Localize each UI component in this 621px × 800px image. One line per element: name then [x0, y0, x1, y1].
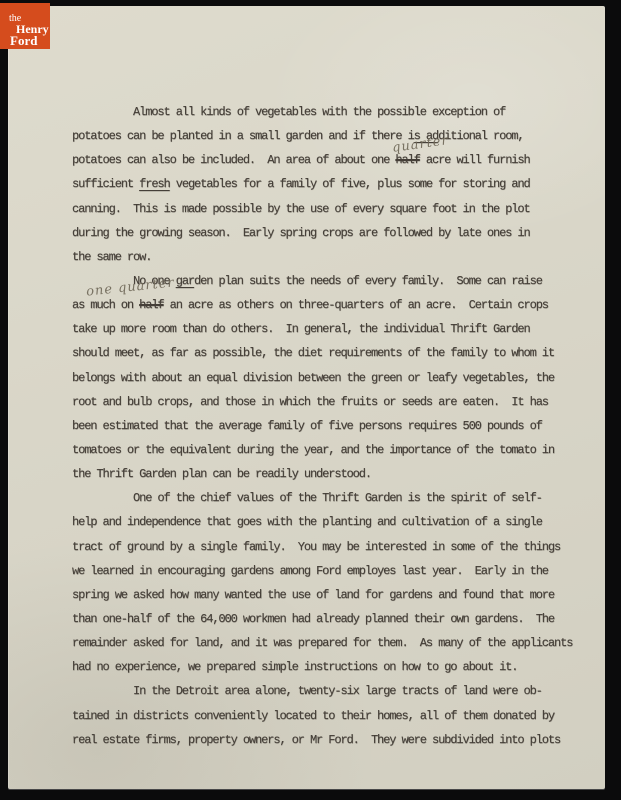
typed-text-segment: fresh	[139, 177, 170, 191]
typed-text-segment: No one	[133, 274, 176, 288]
text-line: sufficient fresh vegetables for a family…	[72, 172, 582, 196]
typed-text-segment: vegetables for a family of five, plus so…	[170, 177, 530, 191]
typed-text-segment: canning. This is made possible by the us…	[72, 202, 530, 216]
typed-text-segment: an acre as others on three-quarters of a…	[164, 298, 548, 312]
typed-text-segment: den plan suits the needs of every family…	[194, 274, 542, 288]
typed-text-segment: potatoes can also be included. An area o…	[72, 153, 395, 167]
text-line: belongs with about an equal division bet…	[72, 366, 582, 390]
typed-text-segment: as much on	[72, 298, 139, 312]
typed-text-segment: gar	[176, 274, 194, 288]
typed-text-segment: s ad	[414, 129, 438, 143]
typed-text-segment: remainder asked for land, and it was pre…	[72, 636, 572, 650]
text-line: No one garden plan suits the needs of ev…	[72, 269, 582, 293]
typed-text-segment: help and independence that goes with the…	[72, 515, 542, 529]
text-line: tomatoes or the equivalent during the ye…	[72, 438, 582, 462]
text-line: been estimated that the average family o…	[72, 414, 582, 438]
text-line: spring we asked how many wanted the use …	[72, 583, 582, 607]
text-line: tained in districts conveniently located…	[72, 704, 582, 728]
typed-text-segment: been estimated that the average family o…	[72, 419, 542, 433]
text-line: In the Detroit area alone, twenty-six la…	[72, 679, 582, 703]
text-line: take up more room than do others. In gen…	[72, 317, 582, 341]
text-line: should meet, as far as possible, the die…	[72, 341, 582, 365]
text-line: as much on half an acre as others on thr…	[72, 293, 582, 317]
text-line: the same row.	[72, 245, 582, 269]
text-line: Almost all kinds of vegetables with the …	[72, 100, 582, 124]
typed-text-segment: One of the chief values of the Thrift Ga…	[133, 491, 542, 505]
typed-text-segment: tained in districts conveniently located…	[72, 709, 554, 723]
text-line: canning. This is made possible by the us…	[72, 197, 582, 221]
text-line: potatoes can be planted in a small garde…	[72, 124, 582, 148]
text-line: we learned in encouraging gardens among …	[72, 559, 582, 583]
text-line: One of the chief values of the Thrift Ga…	[72, 486, 582, 510]
typed-text-segment: acre will furnish	[420, 153, 530, 167]
text-line: help and independence that goes with the…	[72, 510, 582, 534]
typed-text-segment: ditional room,	[438, 129, 523, 143]
typed-text-segment: should meet, as far as possible, the die…	[72, 346, 554, 360]
text-line: than one-half of the 64,000 workmen had …	[72, 607, 582, 631]
text-line: real estate firms, property owners, or M…	[72, 728, 582, 752]
text-line: tract of ground by a single family. You …	[72, 535, 582, 559]
typed-text-segment: Almost all kinds of vegetables with the …	[133, 105, 505, 119]
typed-text-segment: than one-half of the 64,000 workmen had …	[72, 612, 554, 626]
typed-text-segment: spring we asked how many wanted the use …	[72, 588, 554, 602]
document-text: Almost all kinds of vegetables with the …	[72, 100, 582, 752]
typed-text-segment: root and bulb crops, and those in which …	[72, 395, 548, 409]
text-line: the Thrift Garden plan can be readily un…	[72, 462, 582, 486]
typed-text-segment: In the Detroit area alone, twenty-six la…	[133, 684, 542, 698]
text-line: remainder asked for land, and it was pre…	[72, 631, 582, 655]
typed-text-segment: the same row.	[72, 250, 151, 264]
text-line: root and bulb crops, and those in which …	[72, 390, 582, 414]
typed-text-segment: tomatoes or the equivalent during the ye…	[72, 443, 554, 457]
logo-text-ford: Ford	[10, 33, 37, 49]
typed-text-segment: sufficient	[72, 177, 139, 191]
text-line: potatoes can also be included. An area o…	[72, 148, 582, 172]
typed-text-segment: real estate firms, property owners, or M…	[72, 733, 560, 747]
typed-text-segment: during the growing season. Early spring …	[72, 226, 530, 240]
typed-text-segment: we learned in encouraging gardens among …	[72, 564, 548, 578]
typed-text-segment: had no experience, we prepared simple in…	[72, 660, 517, 674]
page-background: { "logo": { "the": "the", "henry": "Henr…	[0, 0, 621, 800]
typed-text-segment: the Thrift Garden plan can be readily un…	[72, 467, 371, 481]
typed-text-segment: belongs with about an equal division bet…	[72, 371, 554, 385]
typed-text-segment: potatoes can be planted in a small garde…	[72, 129, 414, 143]
typed-text-segment: half	[395, 153, 419, 167]
typed-text-segment: half	[139, 298, 163, 312]
typed-text-segment: tract of ground by a single family. You …	[72, 540, 560, 554]
henry-ford-logo: the Henry Ford	[0, 3, 50, 49]
text-line: had no experience, we prepared simple in…	[72, 655, 582, 679]
scanned-document: Almost all kinds of vegetables with the …	[0, 0, 621, 800]
typed-text-segment: take up more room than do others. In gen…	[72, 322, 530, 336]
text-line: during the growing season. Early spring …	[72, 221, 582, 245]
